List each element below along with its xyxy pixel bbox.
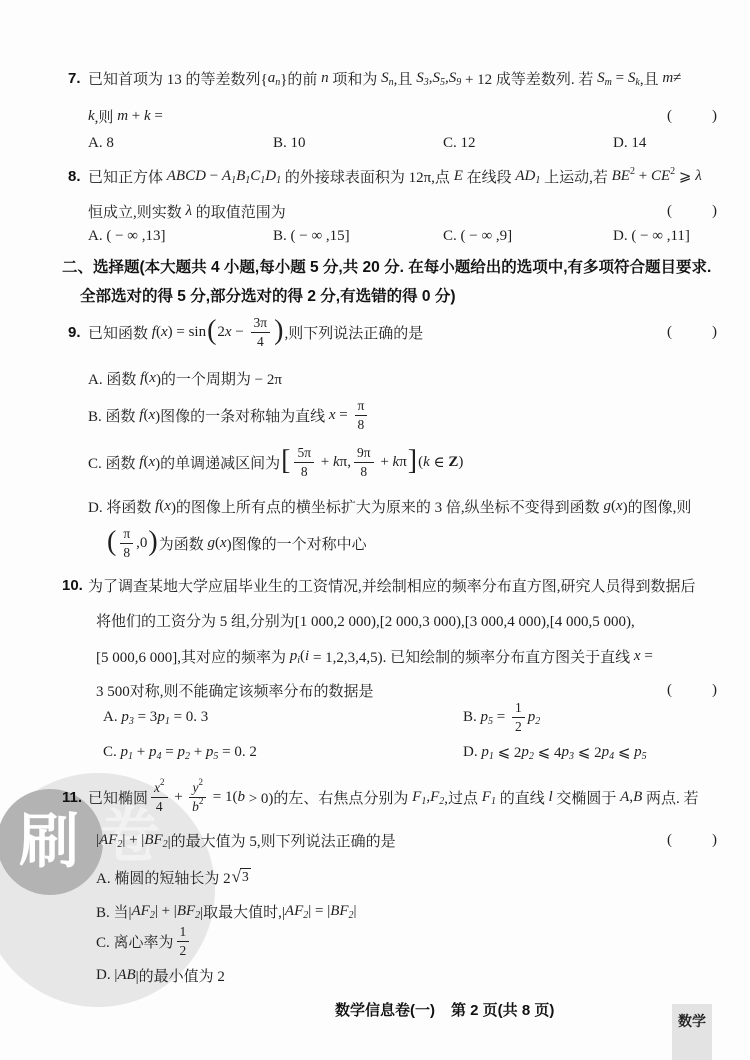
page-content: 7. 已知首项为 13 的等差数列{an}的前 n 项和为 Sn,且 S3,S5… <box>62 0 737 1060</box>
q10-option-a: A. p3 = 3p1 = 0. 3 <box>88 709 448 726</box>
q9-answer-parentheses: () <box>667 324 717 341</box>
q7-option-c: C. 12 <box>443 135 613 152</box>
paren-close: ) <box>712 324 717 341</box>
q11-stem-line1: 11. 已知椭圆x24 + y2b2 = 1(b > 0)的左、右焦点分别为 F… <box>62 777 737 817</box>
paren-close: ) <box>712 682 717 699</box>
paren-close: ) <box>712 832 717 849</box>
q10-answer-parentheses: () <box>667 682 717 699</box>
q8-number: 8. <box>62 168 88 185</box>
q7-option-b: B. 10 <box>273 135 443 152</box>
q8-stem-line1: 8. 已知正方体 ABCD − A1B1C1D1 的外接球表面积为 12π,点 … <box>62 156 737 196</box>
q10-stem-line2: 将他们的工资分为 5 组,分别为[1 000,2 000),[2 000,3 0… <box>62 600 737 640</box>
q10-options-row1: A. p3 = 3p1 = 0. 3 B. p5 = 12p2 <box>62 697 737 737</box>
q9-option-b-text: B. 函数 f(x)图像的一条对称轴为直线 x = π8 <box>88 398 370 432</box>
q9-stem-text: 已知函数 f(x) = sin(2x − 3π4),则下列说法正确的是 <box>88 315 423 349</box>
q11-answer-parentheses: () <box>667 832 717 849</box>
q11-stem-line2: |AF2| + |BF2|的最大值为 5,则下列说法正确的是 () <box>62 820 737 860</box>
q10-stem-line1: 10. 为了调查某地大学应届毕业生的工资情况,并绘制相应的频率分布直方图,研究人… <box>62 565 737 605</box>
q7-stem-line1: 7. 已知首项为 13 的等差数列{an}的前 n 项和为 Sn,且 S3,S5… <box>62 58 737 98</box>
q9-stem: 9. 已知函数 f(x) = sin(2x − 3π4),则下列说法正确的是 (… <box>62 312 737 352</box>
q11-stem-text-1: 已知椭圆x24 + y2b2 = 1(b > 0)的左、右焦点分别为 F1,F2… <box>88 780 699 814</box>
q9-number: 9. <box>62 324 88 341</box>
q11-option-d-text: D. |AB|的最小值为 2 <box>96 965 225 986</box>
q9-option-a: A. 函数 f(x)的一个周期为 − 2π <box>62 358 737 398</box>
q7-stem-text: 已知首项为 13 的等差数列{an}的前 n 项和为 Sn,且 S3,S5,S9… <box>88 68 681 89</box>
q10-option-c: C. p1 + p4 = p2 + p5 = 0. 2 <box>88 744 448 761</box>
paren-open: ( <box>667 682 672 699</box>
q10-stem-text-3: [5 000,6 000],其对应的频率为 pi(i = 1,2,3,4,5).… <box>96 646 653 667</box>
q7-option-a: A. 8 <box>88 135 273 152</box>
subject-tab-label: 数学 <box>678 1011 706 1031</box>
q8-stem-text: 已知正方体 ABCD − A1B1C1D1 的外接球表面积为 12π,点 E 在… <box>88 166 702 187</box>
paren-open: ( <box>667 108 672 125</box>
q10-options-row2: C. p1 + p4 = p2 + p5 = 0. 2 D. p1 ⩽ 2p2 … <box>62 732 737 772</box>
footer-paper-title: 数学信息卷(一) <box>335 999 435 1020</box>
q11-stem-text-2: |AF2| + |BF2|的最大值为 5,则下列说法正确的是 <box>96 830 396 851</box>
page-footer: 数学信息卷(一) 第 2 页(共 8 页) <box>335 999 554 1020</box>
subject-tab: 数学 <box>672 1004 712 1060</box>
q9-option-d-line2: (π8,0)为函数 g(x)图像的一个对称中心 <box>62 523 737 563</box>
q9-option-a-text: A. 函数 f(x)的一个周期为 − 2π <box>88 368 282 389</box>
q8-option-c: C. ( − ∞ ,9] <box>443 228 613 245</box>
q9-option-d-text-2: (π8,0)为函数 g(x)图像的一个对称中心 <box>106 526 367 560</box>
q8-option-a: A. ( − ∞ ,13] <box>88 228 273 245</box>
paren-open: ( <box>667 324 672 341</box>
q11-option-a-text: A. 椭圆的短轴长为 2√3 <box>96 867 251 888</box>
q9-option-c-text: C. 函数 f(x)的单调递减区间为[5π8 + kπ,9π8 + kπ](k … <box>88 445 463 479</box>
q9-option-b: B. 函数 f(x)图像的一条对称轴为直线 x = π8 <box>62 395 737 435</box>
paren-close: ) <box>712 108 717 125</box>
q10-option-b: B. p5 = 12p2 <box>448 700 540 734</box>
q11-number: 11. <box>62 789 88 806</box>
section-2-header-line2: 全部选对的得 5 分,部分选对的得 2 分,有选错的得 0 分) <box>62 275 737 315</box>
q9-option-d-text-1: D. 将函数 f(x)的图像上所有点的横坐标扩大为原来的 3 倍,纵坐标不变得到… <box>88 496 691 517</box>
q10-stem-text-2: 将他们的工资分为 5 组,分别为[1 000,2 000),[2 000,3 0… <box>96 610 635 631</box>
q11-option-c-text: C. 离心率为12 <box>96 924 192 958</box>
q10-stem-text-1: 为了调查某地大学应届毕业生的工资情况,并绘制相应的频率分布直方图,研究人员得到数… <box>88 575 696 596</box>
q11-option-b-text: B. 当|AF2| + |BF2|取最大值时,|AF2| = |BF2| <box>96 901 357 922</box>
q11-option-d: D. |AB|的最小值为 2 <box>62 955 737 995</box>
q7-answer-parentheses: () <box>667 108 717 125</box>
q9-option-c: C. 函数 f(x)的单调递减区间为[5π8 + kπ,9π8 + kπ](k … <box>62 442 737 482</box>
q8-option-b: B. ( − ∞ ,15] <box>273 228 443 245</box>
q10-option-d: D. p1 ⩽ 2p2 ⩽ 4p3 ⩽ 2p4 ⩽ p5 <box>448 743 647 762</box>
footer-page-number: 第 2 页(共 8 页) <box>451 999 554 1020</box>
q10-number: 10. <box>62 577 88 594</box>
q8-option-d: D. ( − ∞ ,11] <box>613 228 690 245</box>
q9-option-d-line1: D. 将函数 f(x)的图像上所有点的横坐标扩大为原来的 3 倍,纵坐标不变得到… <box>62 486 737 526</box>
q7-number: 7. <box>62 70 88 87</box>
q7-option-d: D. 14 <box>613 135 646 152</box>
paren-open: ( <box>667 832 672 849</box>
